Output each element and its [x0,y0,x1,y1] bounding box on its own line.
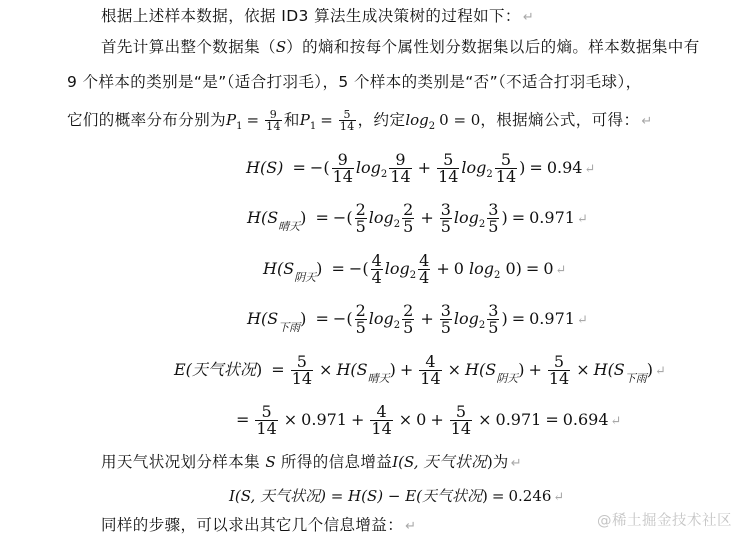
paragraph-mark-icon: ↵ [523,10,534,25]
math-gain-lhs: I(S, [392,453,423,471]
equals-sign: = [246,111,259,129]
text-segment: 用天气状况划分样本集 [101,453,265,471]
paragraph-entropy-line-2: 9 个样本的类别是“是”（适合打羽毛），5 个样本的类别是“否”（不适合打羽毛球… [67,72,642,92]
eq-result: 0.971 [529,208,575,227]
eq-result: 0.971 [529,309,575,328]
fraction: 25 [402,202,414,235]
text-segment: 9 个样本的类别是“是”（适合打羽毛），5 个样本的类别是“否”（不适合打羽毛球… [67,73,642,91]
paragraph-mark-icon: ↵ [611,414,622,429]
paragraph-other-gains: 同样的步骤，可以求出其它几个信息增益：↵ [101,515,416,537]
fraction: 414 [370,404,392,437]
intro-text: 根据上述样本数据，依据 ID3 算法生成决策树的过程如下： [101,7,521,25]
math-symbol-s: S [265,453,275,471]
math-log2: log2 [405,111,435,129]
equation-expected-entropy-value: =514×0.971+414×0+514×0.971=0.694↵ [236,404,621,437]
fraction: 514 [437,152,459,185]
fraction: 35 [487,303,499,336]
paragraph-entropy-line-3: 它们的概率分布分别为P1=914和P1=514，约定log20 = 0，根据熵公… [67,106,653,141]
attribute-label: 天气状况 [192,360,256,379]
paragraph-mark-icon: ↵ [556,263,567,278]
equation-entropy-sunny: H(S晴天) =−(25log225+35log235)=0.971↵ [247,202,588,235]
math-p1: P1 [300,111,316,129]
watermark: @稀土掘金技术社区 [597,509,732,530]
text-segment: 所得的信息增益 [276,453,393,471]
subscript-label: 晴天 [278,220,300,233]
text-segment: ，根据熵公式，可得： [480,111,639,129]
text-segment: 为 [493,453,509,471]
equals-sign: = [320,111,333,129]
paragraph-mark-icon: ↵ [405,519,416,534]
equation-entropy-s: H(S) =−(914log2914+514log2514)=0.94↵ [246,152,595,185]
paragraph-mark-icon: ↵ [641,114,652,129]
fraction: 414 [419,354,441,387]
equation-expected-entropy: E(天气状况) =514×H(S晴天)+414×H(S阴天)+514×H(S下雨… [174,354,666,387]
fraction: 35 [487,202,499,235]
paragraph-mark-icon: ↵ [553,490,564,505]
text-segment: ）的熵和按每个属性划分数据集以后的熵。样本数据集中有 [286,38,699,56]
eq-result: 0 [543,259,553,278]
paragraph-entropy-line-1: 首先计算出整个数据集（S）的熵和按每个属性划分数据集以后的熵。样本数据集中有 [101,37,700,57]
math-p1: P1 [226,111,242,129]
paragraph-mark-icon: ↵ [577,313,588,328]
text-segment: ，约定 [358,111,406,129]
fraction: 25 [402,303,414,336]
math-symbol-s: S [276,38,286,56]
paragraph-mark-icon: ↵ [577,212,588,227]
fraction: 514 [548,354,570,387]
eq-result: 0.694 [563,410,609,429]
paragraph-mark-icon: ↵ [511,456,522,471]
fraction: 44 [418,253,430,286]
fraction: 914 [332,152,354,185]
fraction: 514 [255,404,277,437]
fraction-9-14: 914 [265,109,282,132]
fraction: 35 [440,303,452,336]
paragraph-mark-icon: ↵ [584,162,595,177]
attribute-label: 天气状况 [423,453,487,471]
fraction: 914 [389,152,411,185]
fraction-5-14: 514 [339,109,356,132]
fraction: 25 [355,202,367,235]
fraction: 514 [450,404,472,437]
equation-entropy-rain: H(S下雨) =−(25log225+35log235)=0.971↵ [247,303,588,336]
fraction: 35 [440,202,452,235]
math-zero: 0 = 0 [439,111,480,129]
text-segment: 它们的概率分布分别为 [67,111,226,129]
text-segment: 同样的步骤，可以求出其它几个信息增益： [101,516,403,534]
fraction: 514 [495,152,517,185]
subscript-label: 下雨 [278,321,300,334]
eq-result: 0.246 [508,487,551,505]
paragraph-info-gain: 用天气状况划分样本集 S 所得的信息增益I(S, 天气状况)为↵ [101,452,522,474]
eq-result: 0.94 [547,158,583,177]
eq-lhs: H(S) [246,158,283,177]
equation-info-gain: I(S, 天气状况) = H(S) − E(天气状况)=0.246↵ [229,485,564,506]
fraction: 514 [291,354,313,387]
fraction: 44 [371,253,383,286]
fraction: 25 [355,303,367,336]
text-segment: 和 [284,111,300,129]
paragraph-intro: 根据上述样本数据，依据 ID3 算法生成决策树的过程如下：↵ [101,6,534,28]
equation-entropy-overcast: H(S阴天) =−(44log244+0 log2 0)=0↵ [263,253,566,286]
paragraph-mark-icon: ↵ [655,364,666,379]
text-segment: 首先计算出整个数据集（ [101,38,276,56]
subscript-label: 阴天 [294,271,316,284]
